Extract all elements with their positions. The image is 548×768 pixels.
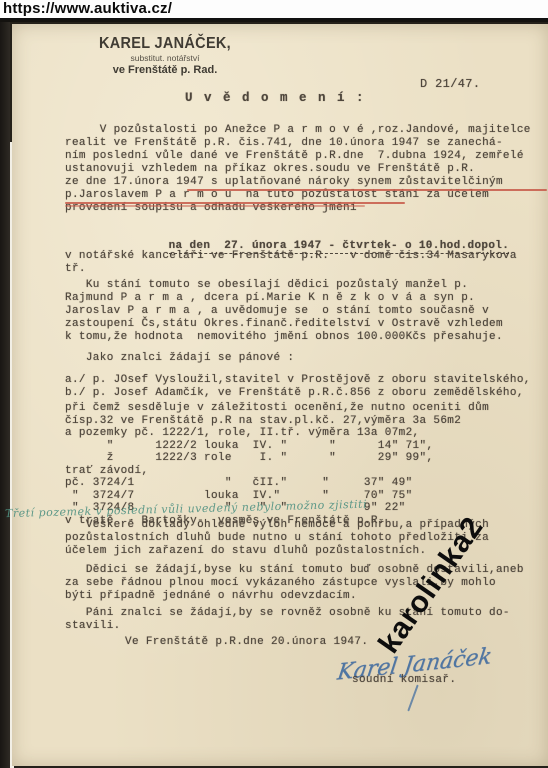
closing-date-line: Ve Frenštátě p.R.dne 20.února 1947.: [125, 636, 368, 649]
red-underline-1: [187, 189, 547, 191]
auction-site-url: https://www.auktiva.cz/: [3, 0, 172, 17]
paragraph-documents: Veškeré doklady ohledně výloh nemoce a p…: [65, 519, 489, 558]
letterhead-subtitle: substitut. notářství: [85, 53, 245, 63]
red-underline-3: [65, 205, 365, 207]
paragraph-experts: a./ p. JOsef Vysloužil,stavitel v Prostě…: [65, 374, 531, 400]
screenshot-stage: https://www.auktiva.cz/ KAREL JANÁČEK, s…: [0, 0, 548, 768]
letterhead-city: ve Frenštátě p. Rad.: [85, 64, 245, 76]
red-underline-2: [65, 202, 405, 204]
paragraph-location: v notářské kanceláři ve Frenštátě p.R. v…: [65, 250, 517, 276]
paragraph-heirs: Ku stání tomuto se obesílají dědici pozů…: [65, 279, 503, 344]
top-watermark-bar: https://www.auktiva.cz/: [0, 0, 548, 20]
letterhead-stamp: KAREL JANÁČEK, substitut. notářství ve F…: [85, 36, 245, 76]
letterhead-name: KAREL JANÁČEK,: [85, 36, 245, 53]
paragraph-experts-request: Páni znalci se žádají,by se rovněž osobn…: [65, 607, 510, 633]
paragraph-experts-intro: Jako znalci žádají se pánové :: [65, 352, 294, 365]
document-title: U v ě d o m e n í :: [185, 92, 366, 105]
photo-left-edge: [0, 22, 10, 768]
reference-number: D 21/47.: [420, 78, 480, 91]
document-paper: KAREL JANÁČEK, substitut. notářství ve F…: [12, 24, 548, 766]
signature-role: soudní komisař.: [352, 674, 456, 687]
signature-flourish: [407, 685, 418, 712]
document-photo: KAREL JANÁČEK, substitut. notářství ve F…: [0, 22, 548, 768]
